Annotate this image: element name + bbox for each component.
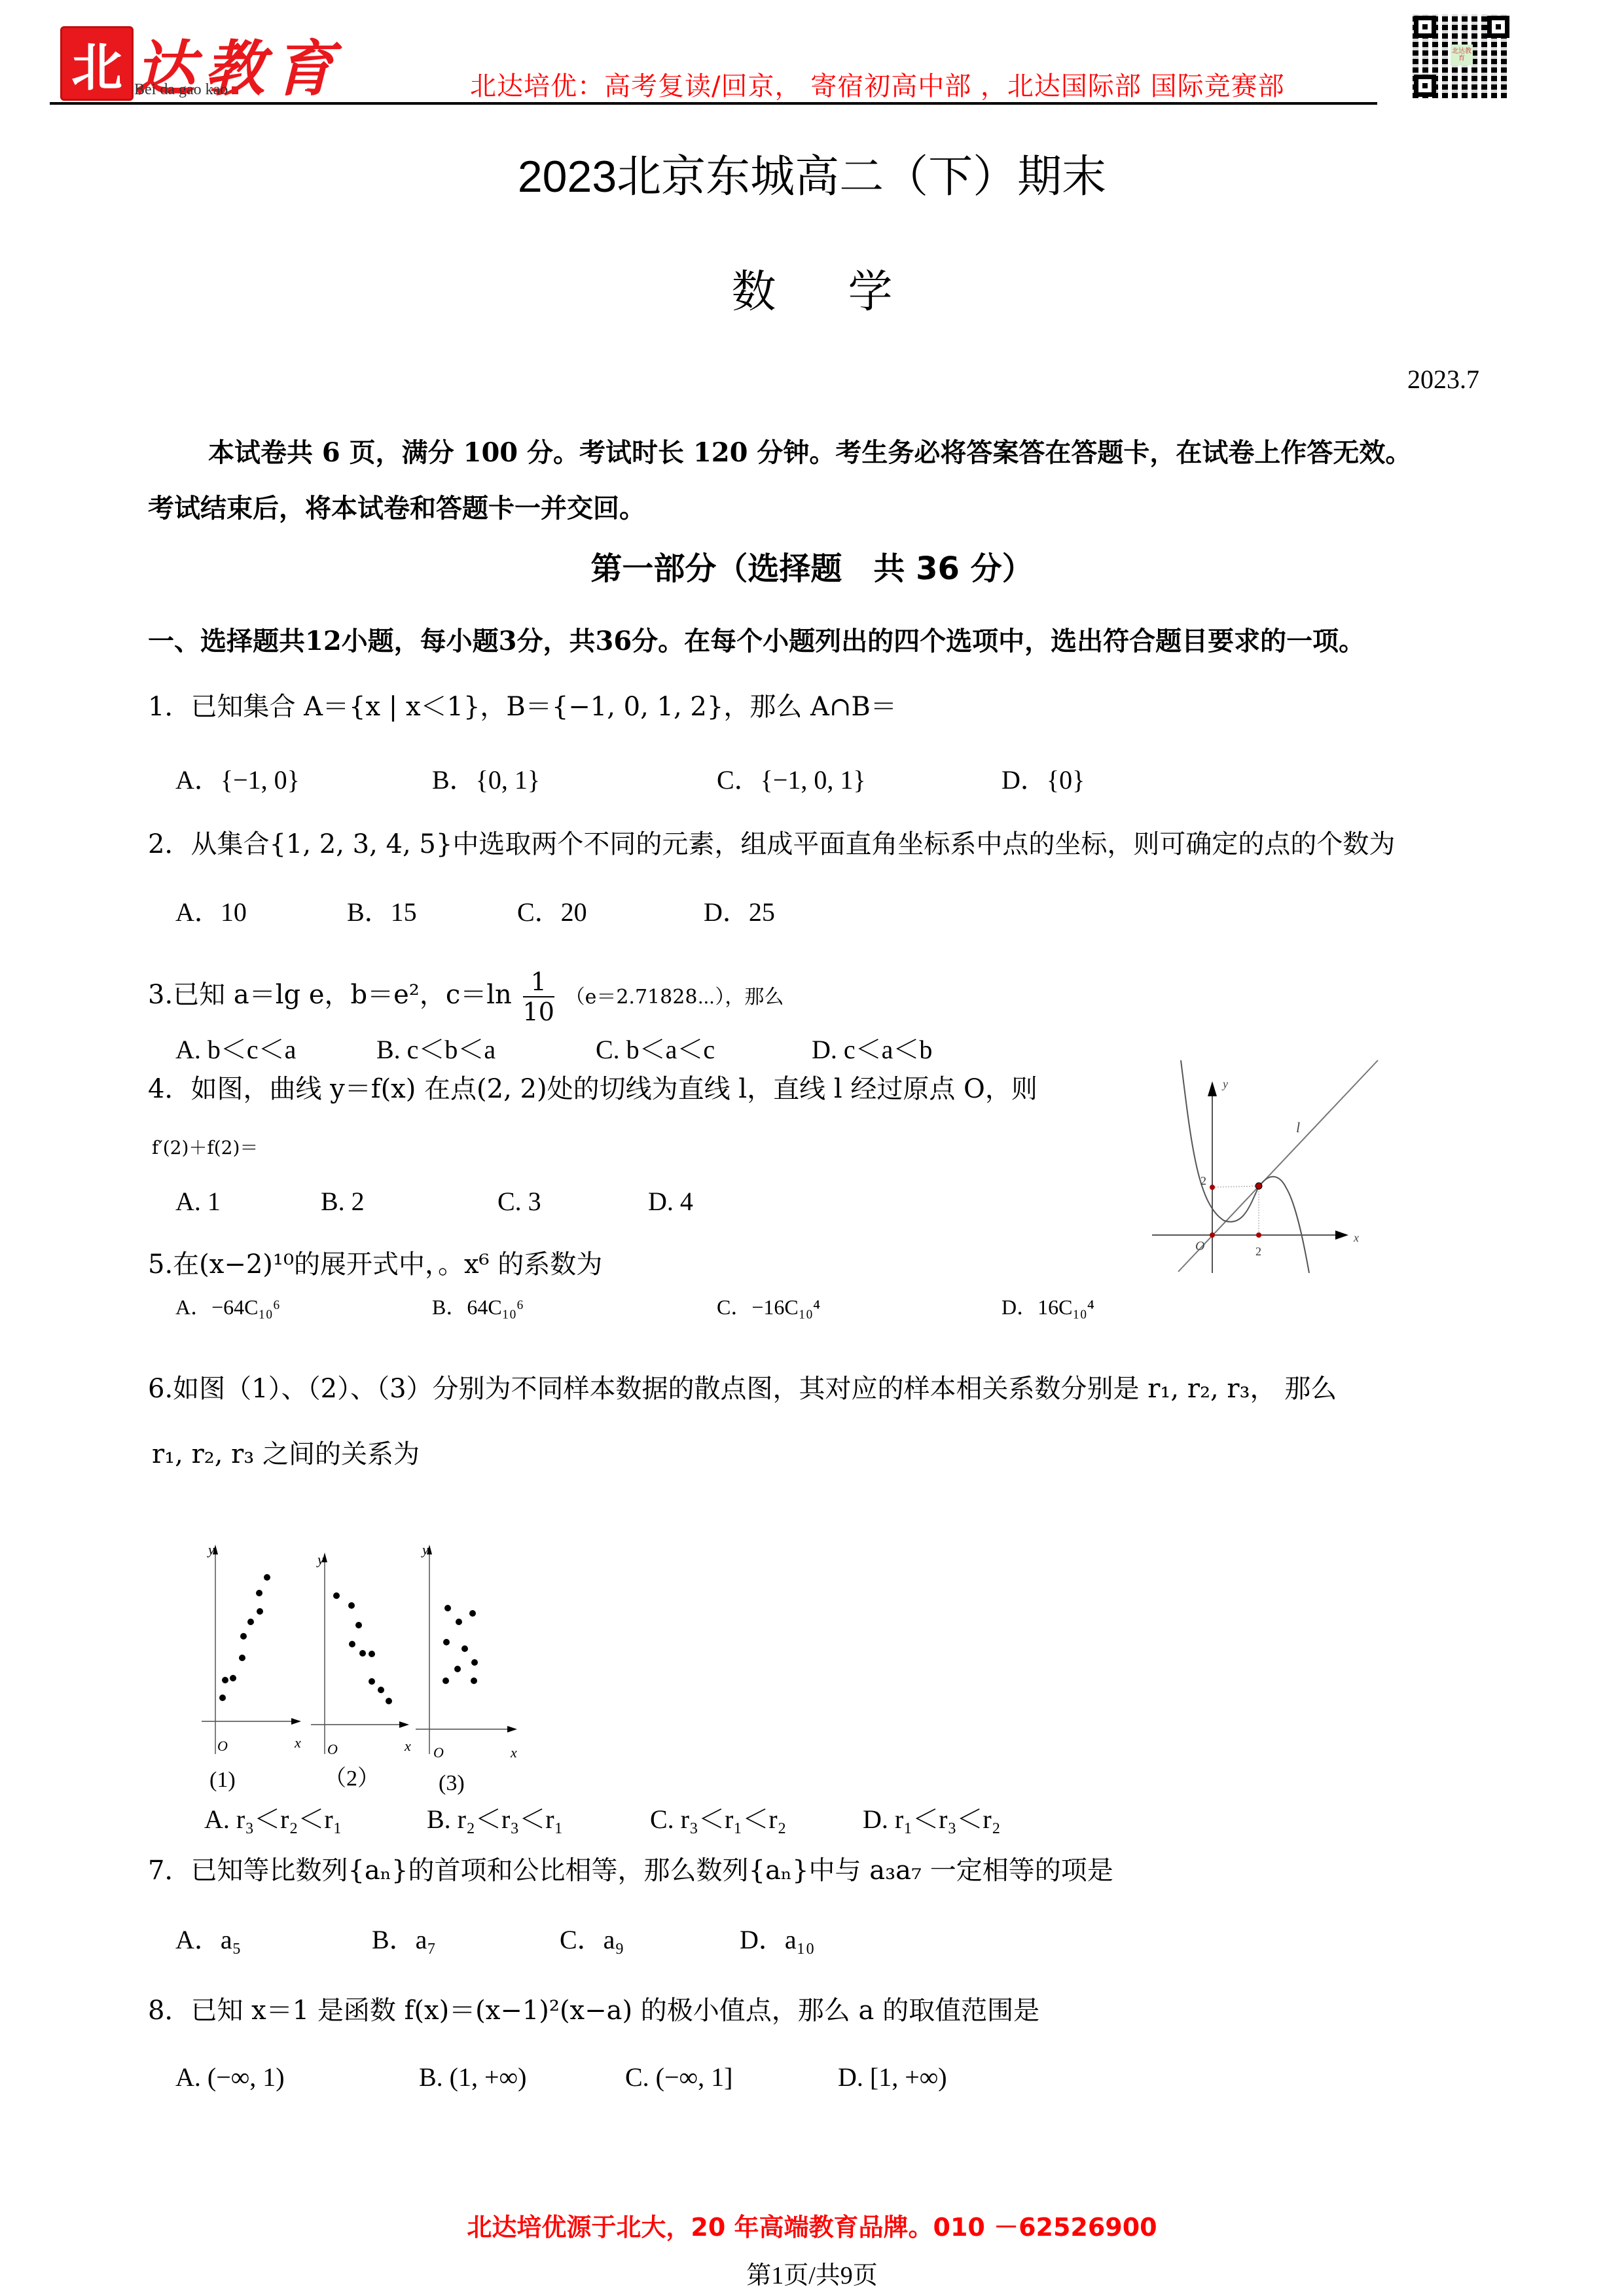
question-number: 1． xyxy=(148,692,190,722)
q4-option-d[interactable]: D. 4 xyxy=(648,1186,693,1217)
qr-code-icon: 北达教育 xyxy=(1413,14,1511,98)
q2-option-b[interactable]: B．15 xyxy=(347,891,417,929)
svg-text:x: x xyxy=(404,1738,411,1754)
svg-text:(1): (1) xyxy=(209,1768,236,1792)
q1-option-d[interactable]: D．{0} xyxy=(1001,759,1085,797)
q6-option-d[interactable]: D. r₁＜r₃＜r₂ xyxy=(863,1799,1001,1836)
header-divider xyxy=(50,102,1377,105)
exam-date: 2023.7 xyxy=(1407,364,1479,395)
svg-text:2: 2 xyxy=(1200,1174,1206,1187)
question-stem: 已知等比数列{aₙ}的首项和公比相等，那么数列{aₙ}中与 a₃a₇ 一定相等的… xyxy=(190,1856,1113,1886)
fraction: 1 10 xyxy=(523,967,554,1026)
question-3: 3.已知 a＝lg e，b＝e²，c＝ln 1 10 （e＝2.71828⋯），… xyxy=(148,967,784,1026)
instructions-line-1: 本试卷共 6 页，满分 100 分。考试时长 120 分钟。考生务必将答案答在答… xyxy=(208,432,1411,469)
q2-option-d[interactable]: D．25 xyxy=(704,891,775,929)
q7-option-c[interactable]: C．a₉ xyxy=(560,1919,624,1956)
q4-option-a[interactable]: A. 1 xyxy=(175,1186,221,1217)
q7-option-d[interactable]: D．a₁₀ xyxy=(740,1919,815,1956)
q3-option-b[interactable]: B. c＜b＜a xyxy=(376,1029,496,1066)
question-number: 6. xyxy=(148,1374,173,1404)
question-stem-cont: （e＝2.71828⋯），那么 xyxy=(566,986,784,1009)
question-7: 7．已知等比数列{aₙ}的首项和公比相等，那么数列{aₙ}中与 a₃a₇ 一定相… xyxy=(148,1850,1113,1887)
q3-option-a[interactable]: A. b＜c＜a xyxy=(175,1029,296,1066)
question-number: 3. xyxy=(148,980,173,1010)
svg-text:l: l xyxy=(1296,1119,1300,1136)
fraction-denominator: 10 xyxy=(523,997,554,1026)
q3-option-c[interactable]: C. b＜a＜c xyxy=(596,1029,715,1066)
q7-option-b[interactable]: B．a₇ xyxy=(372,1919,436,1956)
question-8: 8．已知 x＝1 是函数 f(x)＝(x−1)²(x−a) 的极小值点，那么 a… xyxy=(148,1990,1039,2027)
question-stem: 如图（1）、（2）、（3）分别为不同样本数据的散点图，其对应的样本相关系数分别是… xyxy=(173,1374,1337,1404)
question-stem: 已知 x＝1 是函数 f(x)＝(x−1)²(x−a) 的极小值点，那么 a 的… xyxy=(190,1996,1039,2026)
scatter-plots-figure: y O x (1) y O x （2） y O x (3) xyxy=(196,1538,1034,1813)
question-4: 4．如图，曲线 y＝f(x) 在点(2, 2)处的切线为直线 l，直线 l 经过… xyxy=(148,1068,1038,1105)
q8-option-c[interactable]: C. (−∞, 1] xyxy=(625,2062,732,2092)
svg-text:O: O xyxy=(327,1741,338,1757)
axis-y-label: y xyxy=(1221,1077,1228,1090)
q4-option-c[interactable]: C. 3 xyxy=(497,1186,541,1217)
question-stem: 已知集合 A＝{x | x＜1}，B＝{−1, 0, 1, 2}，那么 A∩B＝ xyxy=(190,692,896,722)
svg-text:O: O xyxy=(1195,1239,1204,1253)
svg-text:(3): (3) xyxy=(439,1771,465,1795)
svg-text:x: x xyxy=(294,1734,301,1751)
svg-text:2: 2 xyxy=(1255,1245,1261,1258)
logo-mark: 北 xyxy=(60,26,134,101)
scatter-plot-3: y O x (3) xyxy=(416,1541,517,1795)
svg-text:O: O xyxy=(433,1744,444,1761)
header-banner: 北达培优：高考复读/回京， 寄宿初高中部 ，北达国际部 国际竞赛部 xyxy=(470,65,1285,103)
svg-text:O: O xyxy=(217,1738,228,1754)
footer-promo: 北达培优源于北大，20 年高端教育品牌。010 －62526900 xyxy=(0,2207,1624,2243)
q8-option-d[interactable]: D. [1, +∞) xyxy=(838,2062,947,2092)
q2-option-c[interactable]: C．20 xyxy=(517,891,587,929)
fraction-numerator: 1 xyxy=(523,967,554,997)
question-number: 2． xyxy=(148,829,190,859)
question-stem: 从集合{1, 2, 3, 4, 5}中选取两个不同的元素，组成平面直角坐标系中点… xyxy=(190,829,1395,859)
scatter-plot-1: y O x (1) xyxy=(202,1541,301,1792)
instructions-line-2: 考试结束后，将本试卷和答题卡一并交回。 xyxy=(148,488,645,525)
svg-text:y: y xyxy=(207,1541,215,1558)
question-stem: 在(x−2)¹⁰的展开式中，。x⁶ 的系数为 xyxy=(173,1249,602,1280)
question-1: 1．已知集合 A＝{x | x＜1}，B＝{−1, 0, 1, 2}，那么 A∩… xyxy=(148,686,897,723)
svg-text:y: y xyxy=(421,1541,429,1558)
question-5: 5.在(x−2)¹⁰的展开式中，。x⁶ 的系数为 xyxy=(148,1244,602,1281)
svg-text:x: x xyxy=(510,1744,517,1761)
q5-option-d[interactable]: D．16C₁₀⁴ xyxy=(1001,1291,1094,1321)
q1-option-a[interactable]: A．{−1, 0} xyxy=(175,759,300,797)
question-number: 8． xyxy=(148,1996,190,2026)
q1-option-b[interactable]: B．{0, 1} xyxy=(432,759,540,797)
q6-option-a[interactable]: A. r₃＜r₂＜r₁ xyxy=(204,1799,342,1836)
q6-option-b[interactable]: B. r₂＜r₃＜r₁ xyxy=(427,1799,563,1836)
logo-square-icon xyxy=(232,86,238,94)
question-number: 4． xyxy=(148,1074,190,1104)
question-stem: 如图，曲线 y＝f(x) 在点(2, 2)处的切线为直线 l，直线 l 经过原点… xyxy=(190,1074,1037,1104)
q1-option-c[interactable]: C．{−1, 0, 1} xyxy=(717,759,866,797)
logo-char: 北 xyxy=(71,27,122,100)
q8-option-a[interactable]: A. (−∞, 1) xyxy=(175,2062,285,2092)
question-stem: 已知 a＝lg e，b＝e²，c＝ln xyxy=(173,980,512,1010)
logo-subtitle: Bei da gao kao xyxy=(134,81,238,99)
question-number: 7． xyxy=(148,1856,190,1886)
question-2: 2．从集合{1, 2, 3, 4, 5}中选取两个不同的元素，组成平面直角坐标系… xyxy=(148,823,1395,861)
page-title: 2023北京东城高二（下）期末 xyxy=(0,141,1624,205)
subject-title: 数学 xyxy=(0,257,1624,320)
question-6-line2: r₁, r₂, r₃ 之间的关系为 xyxy=(152,1433,420,1471)
svg-text:x: x xyxy=(1353,1231,1359,1244)
q6-option-c[interactable]: C. r₃＜r₁＜r₂ xyxy=(650,1799,786,1836)
q5-option-b[interactable]: B．64C₁₀⁶ xyxy=(432,1291,524,1321)
qr-badge: 北达教育 xyxy=(1451,45,1473,65)
section-intro: 一、选择题共12小题，每小题3分，共36分。在每个小题列出的四个选项中，选出符合… xyxy=(148,620,1365,658)
q5-option-c[interactable]: C．−16C₁₀⁴ xyxy=(717,1291,820,1321)
question-number: 5. xyxy=(148,1249,173,1280)
page-number: 第1页/共9页 xyxy=(0,2255,1624,2291)
q3-option-d[interactable]: D. c＜a＜b xyxy=(812,1029,932,1066)
q7-option-a[interactable]: A．a₅ xyxy=(175,1919,242,1956)
scatter-plot-2: y O x （2） xyxy=(311,1551,411,1791)
logo-subtitle-text: Bei da gao kao xyxy=(134,81,228,98)
q5-option-a[interactable]: A．−64C₁₀⁶ xyxy=(175,1291,280,1321)
q8-option-b[interactable]: B. (1, +∞) xyxy=(419,2062,526,2092)
section-title: 第一部分（选择题 共 36 分） xyxy=(0,543,1624,588)
question-4-line2: f′(2)＋f(2)＝ xyxy=(152,1134,258,1160)
q4-option-b[interactable]: B. 2 xyxy=(321,1186,365,1217)
svg-text:（2）: （2） xyxy=(324,1767,380,1791)
q2-option-a[interactable]: A．10 xyxy=(175,891,247,929)
tangent-line-figure: y x l O 2 2 xyxy=(1152,1047,1414,1296)
question-6: 6.如图（1）、（2）、（3）分别为不同样本数据的散点图，其对应的样本相关系数分… xyxy=(148,1368,1337,1405)
svg-text:y: y xyxy=(316,1551,324,1568)
